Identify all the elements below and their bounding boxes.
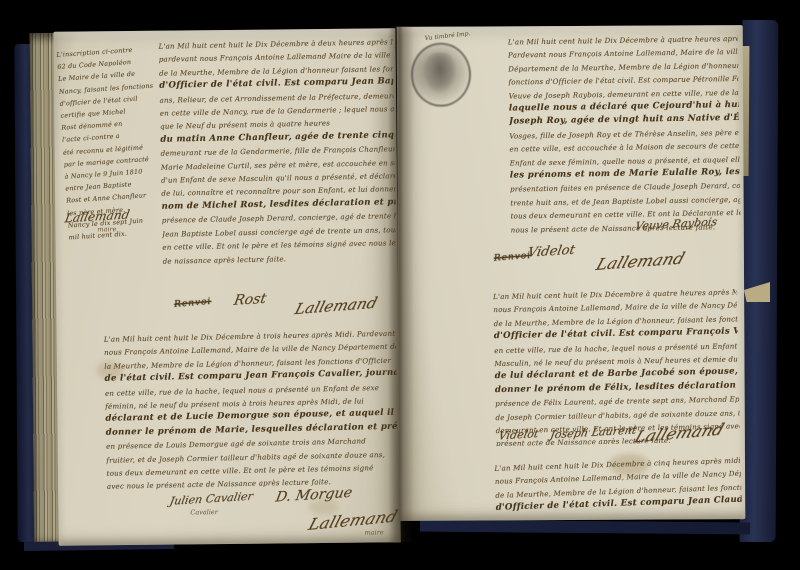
birth-act-marie-cavalier: L'an Mil huit cent huit le Dix Décembre …: [104, 327, 399, 493]
struck-marginal-word: Renvoi: [174, 297, 212, 310]
book-cover-bottom-right: [420, 520, 750, 535]
signature-videlot: Videlot: [526, 243, 576, 261]
signature-subscript: maire: [97, 225, 116, 233]
ink-stamp-icon: [411, 43, 471, 107]
signature-rost: Rost: [232, 291, 267, 309]
signature-subscript: Cavalier: [190, 508, 218, 516]
stamp-figure: [423, 53, 457, 95]
signature-videlot: Videlot: [497, 427, 539, 442]
register-photo: L'inscription ci-contre62 du Code Napolé…: [0, 0, 800, 570]
birth-act-michel-rost: L'an Mil huit cent huit le Dix Décembre …: [158, 35, 396, 273]
book-gutter-shadow: [388, 26, 414, 542]
signature-lallemand: Lallemand: [594, 248, 688, 273]
birth-act-jean-claude-drouot: L'an Mil huit cent huit le Dix Décembre …: [494, 454, 742, 520]
signature-lallemand: Lallemand: [293, 294, 380, 318]
birth-act-marie-eulalie-roy: L'an Mil huit cent huit le Dix Décembre …: [508, 32, 741, 238]
left-page: L'inscription ci-contre62 du Code Napolé…: [53, 28, 400, 546]
right-page: Vu timbré Imp. L'an Mil huit cent huit l…: [397, 25, 746, 521]
signature-subscript: maire: [365, 528, 384, 536]
signature-julien-cavalier: Julien Cavalier: [169, 490, 255, 508]
stamp-annotation: Vu timbré Imp.: [425, 30, 471, 42]
